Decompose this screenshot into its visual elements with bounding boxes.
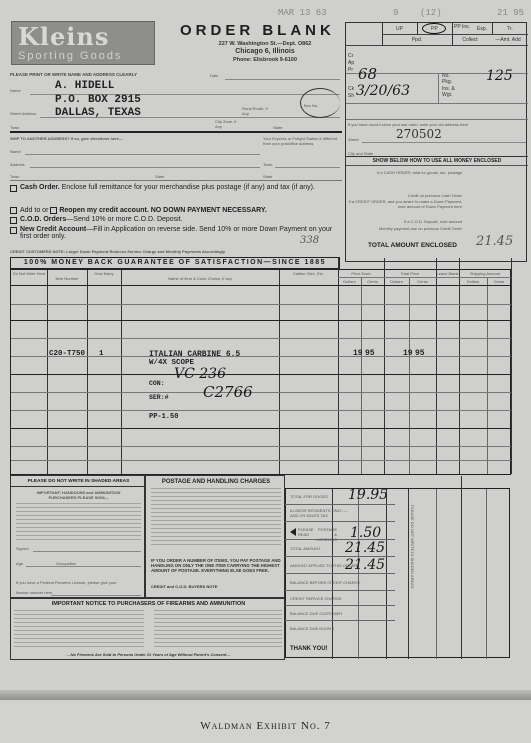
money-heading: SHOW BELOW HOW TO USE ALL MONEY ENCLOSED <box>346 158 528 164</box>
serial-number: C2766 <box>203 383 253 401</box>
total-enclosed-label: TOTAL AMOUNT ENCLOSED <box>368 242 457 249</box>
print-instruction: PLEASE PRINT OR WRITE NAME AND ADDRESS C… <box>10 72 137 78</box>
cash-order-line: If a CASH ORDER, total for goods, tax, p… <box>354 170 462 175</box>
state-label: State <box>273 125 282 130</box>
credit-service-label: CREDIT SERVICE CHARGE <box>290 596 342 601</box>
stamp-number-1: 9 <box>393 8 398 18</box>
amount-applied-label: AMOUNT APPLIED TO THIS ORDER <box>290 563 335 568</box>
cod-line: If a C.O.D. Deposit, note amount <box>354 219 462 224</box>
postage-bold-note: IF YOU ORDER A NUMBER OF ITEMS, YOU PAY … <box>151 558 281 573</box>
handwritten-circle <box>300 88 340 118</box>
credit-previous-line: Credit on previous Cash Order <box>354 193 462 198</box>
old-street-value: 270502 <box>396 127 442 141</box>
logo-sub: Sporting Goods <box>18 50 122 62</box>
ship-address-label: Address <box>10 162 25 167</box>
city-zone-label: City Zone, if Any <box>215 119 240 129</box>
signed-label: Signed <box>16 546 28 551</box>
total-cents[interactable]: 95 <box>415 349 425 358</box>
express-note: Your Express or Freight Station if diffe… <box>263 136 341 146</box>
balance-before-row: BALANCE BEFORE CREDIT CHARGE <box>285 574 395 591</box>
credit-note: CREDIT CUSTOMERS NOTE: Larger Down Payme… <box>10 249 342 254</box>
handwritten-125: 125 <box>486 68 513 84</box>
kleins-logo: Kleins Sporting Goods <box>11 21 155 65</box>
balance-before-label: BALANCE BEFORE CREDIT CHARGE <box>290 580 360 585</box>
sub-cents: Cents <box>487 279 511 284</box>
address-line-2: Chicago 6, Illinois <box>190 48 340 56</box>
handwritten-68: 68 <box>358 65 377 83</box>
firearms-notice-heading: IMPORTANT NOTICE TO PURCHASERS OF FIREAR… <box>11 601 286 607</box>
quantity[interactable]: 1 <box>99 350 104 358</box>
sub-dollars: Dollars <box>459 279 487 284</box>
customer-street-1[interactable]: P.O. BOX 2915 <box>55 94 141 106</box>
handwritten-338: 338 <box>300 235 319 246</box>
row-ck: Ck <box>348 86 354 92</box>
thank-you: THANK YOU! <box>290 646 328 652</box>
notice-col-1 <box>14 610 144 648</box>
street-label: Street Address <box>10 111 36 116</box>
option-cod-order[interactable]: C.O.D. Orders—Send 10% or more C.O.D. De… <box>10 216 342 224</box>
option-cash-order[interactable]: Cash Order. Enclose full remittance for … <box>10 184 342 192</box>
license-label: license number here <box>16 590 52 595</box>
col-ppd: Ppd. <box>382 37 452 43</box>
page-title: ORDER BLANK <box>180 22 335 39</box>
customer-street-2[interactable]: DALLAS, TEXAS <box>55 107 141 119</box>
ship-name-label: Name <box>10 149 21 154</box>
col-leave-blank: Leave Blank <box>436 271 459 276</box>
col-exp: Exp. <box>472 26 492 32</box>
item-number[interactable]: C20-T750 <box>49 350 85 358</box>
logo-brand: Kleins <box>18 22 109 51</box>
amount-applied-row: AMOUNT APPLIED TO THIS ORDER 21.45 <box>285 557 395 574</box>
credit-cod-note: CREDIT and C.O.D. BUYERS NOTE <box>151 584 281 589</box>
postage-heading: POSTAGE AND HANDLING CHARGES <box>146 479 286 485</box>
ins-wgt-label: Ins. & Wgt. <box>442 86 460 98</box>
arrow-left-icon <box>290 528 296 536</box>
page-edge <box>0 690 531 700</box>
col-price-each: Price Each <box>338 271 384 276</box>
total-dollars[interactable]: 19 <box>403 349 413 358</box>
serial-label: SER:# <box>149 394 169 401</box>
age-label: Age <box>16 561 23 566</box>
total-amount-value: 21.45 <box>345 540 385 556</box>
ship-state2-label: State <box>263 174 272 179</box>
order-items-table: Do Not Write Here Item Number How Many N… <box>10 269 511 475</box>
name-label: Name <box>10 88 21 93</box>
customer-name[interactable]: A. HIDELL <box>55 80 114 92</box>
total-goods-value: 19.95 <box>348 487 388 503</box>
guarantee-banner: 100% MONEY BACK GUARANTEE OF SATISFACTIO… <box>10 257 340 269</box>
col-caliber: Caliber Size, Etc. <box>279 271 338 276</box>
credit-order-line: If a CREDIT ORDER, and you desire to mak… <box>348 199 462 209</box>
do-not-write-heading: PLEASE DO NOT WRITE IN SHADED AREAS <box>11 479 146 487</box>
control-number: VC 236 <box>174 366 226 382</box>
item-description-1[interactable]: ITALIAN CARBINE 6.5 <box>149 350 240 359</box>
amount-applied-value: 21.45 <box>345 557 385 573</box>
phone: Phone: Elisbrook 9-6100 <box>190 56 340 64</box>
pp-circled-mark <box>422 23 446 34</box>
postage-handling-section: POSTAGE AND HANDLING CHARGES IF YOU ORDE… <box>145 475 285 598</box>
exhibit-caption: Waldman Exhibit No. 7 <box>0 720 531 732</box>
col-do-not-write: Do Not Write Here <box>11 271 47 276</box>
sales-tax-row: ILLINOIS RESIDENTS ONLY — ADD 4% SALES T… <box>285 505 395 522</box>
postage-fine-print <box>151 488 281 546</box>
received-stamp: MAR 13 63 <box>278 8 327 18</box>
postage-note: PP-1.50 <box>149 413 178 421</box>
stamp-number-2: (12) <box>420 8 442 18</box>
checkbox[interactable] <box>10 207 17 214</box>
control-label: CON: <box>149 380 165 387</box>
postage-value: 1.50 <box>350 525 381 541</box>
ship-town-label: Town <box>263 162 272 167</box>
col-collect: Collect <box>452 37 488 43</box>
firearms-signature-section: PLEASE DO NOT WRITE IN SHADED AREAS IMPO… <box>10 475 145 598</box>
col-item-name: Name of Item & Color Choice, if any <box>121 276 279 281</box>
no-pkg-label: No. Pkg. <box>442 73 460 85</box>
sub-dollars: Dollars <box>384 279 409 284</box>
office-use-box: UP PP PP Ins. Exp. Tr. Ppd. Collect —Amt… <box>345 22 527 262</box>
vertical-shaded-note: PLEASE DO NOT WRITE IN SHADED AREAS <box>410 505 415 555</box>
option-new-credit-account[interactable]: New Credit Account—Fill in Application o… <box>10 226 342 240</box>
firearms-notice: IMPORTANT NOTICE TO PURCHASERS OF FIREAR… <box>10 598 285 660</box>
price-cents[interactable]: 95 <box>365 349 375 358</box>
notice-col-2 <box>154 610 282 648</box>
ship-town2-label: Town <box>10 174 19 179</box>
town-label: Town <box>10 125 19 130</box>
total-amount-label: TOTAL AMOUNT <box>290 546 321 551</box>
option-add-reopen-credit[interactable]: Add to or Reopen my credit account. NO D… <box>10 206 342 214</box>
total-goods-label: TOTAL FOR GOODS <box>290 494 328 499</box>
age-restriction-note: —No Firearms Are Sold to Persons Under 2… <box>11 652 286 657</box>
row-ap: Ap <box>348 60 354 66</box>
order-blank-document: Kleins Sporting Goods ORDER BLANK 227 W.… <box>0 0 531 700</box>
old-street-label: Street <box>348 137 359 142</box>
credit-service-row: CREDIT SERVICE CHARGE <box>285 591 395 606</box>
total-amount-row: TOTAL AMOUNT 21.45 <box>285 540 395 557</box>
stamp-number-3: 21 95 <box>497 8 524 18</box>
checkbox[interactable] <box>10 217 17 224</box>
col-pp-ins: PP Ins. <box>452 24 472 30</box>
date-label: Date <box>210 73 218 78</box>
address-line-1: 227 W. Washington St.—Dept. O862 <box>190 40 340 48</box>
sub-cents: Cents <box>361 279 384 284</box>
col-amt-add: —Amt. Add <box>488 37 528 43</box>
balance-kleins-row: BALANCE DUE KLEIN'S <box>285 621 395 636</box>
col-how-many: How Many <box>87 271 121 276</box>
license-note: If you have a Federal Firearms License, … <box>16 580 144 585</box>
col-up: UP <box>382 26 417 32</box>
balance-customer-label: BALANCE DUE CUSTOMER <box>290 611 342 616</box>
col-total-price: Total Price <box>384 271 436 276</box>
sub-dollars: Dollars <box>338 279 361 284</box>
total-goods-row: TOTAL FOR GOODS 19.95 <box>285 488 395 505</box>
row-sh: Sh <box>348 93 354 99</box>
handgun-sign-heading: IMPORTANT: HANDGUNS and AMMUNITION PURCH… <box>26 490 131 500</box>
row-cr: Cr <box>348 53 353 59</box>
col-tr: Tr. <box>492 26 528 32</box>
balance-customer-row: BALANCE DUE CUSTOMER <box>285 606 395 621</box>
balance-kleins-label: BALANCE DUE KLEIN'S <box>290 626 334 631</box>
price-dollars[interactable]: 19 <box>353 349 363 358</box>
company-address: 227 W. Washington St.—Dept. O862 Chicago… <box>190 40 340 64</box>
postage-row: PLEASE READ POSTAGE & HANDLING 1.50 <box>285 522 395 540</box>
rural-route-label: Rural Route, if Any <box>242 106 272 116</box>
total-enclosed-value: 21.45 <box>476 234 513 249</box>
ship-to-heading: SHIP TO ANOTHER ADDRESS? If so, give dir… <box>10 136 123 141</box>
col-item-number: Item Number <box>47 276 87 281</box>
totals-rows: TOTAL FOR GOODS 19.95 ILLINOIS RESIDENTS… <box>285 488 395 658</box>
checkbox[interactable] <box>10 227 17 234</box>
sales-tax-label: ILLINOIS RESIDENTS ONLY — ADD 4% SALES T… <box>290 508 350 518</box>
monthly-line: Monthly payment due on previous Credit O… <box>354 226 462 231</box>
sub-cents: Cents <box>409 279 436 284</box>
fine-print-block <box>16 503 141 541</box>
col-shipping-amount: Shipping Amount <box>459 271 511 276</box>
handwritten-ship-date: 3/20/63 <box>356 83 410 99</box>
ship-state-label: State <box>155 174 164 179</box>
checkbox[interactable] <box>10 185 17 192</box>
